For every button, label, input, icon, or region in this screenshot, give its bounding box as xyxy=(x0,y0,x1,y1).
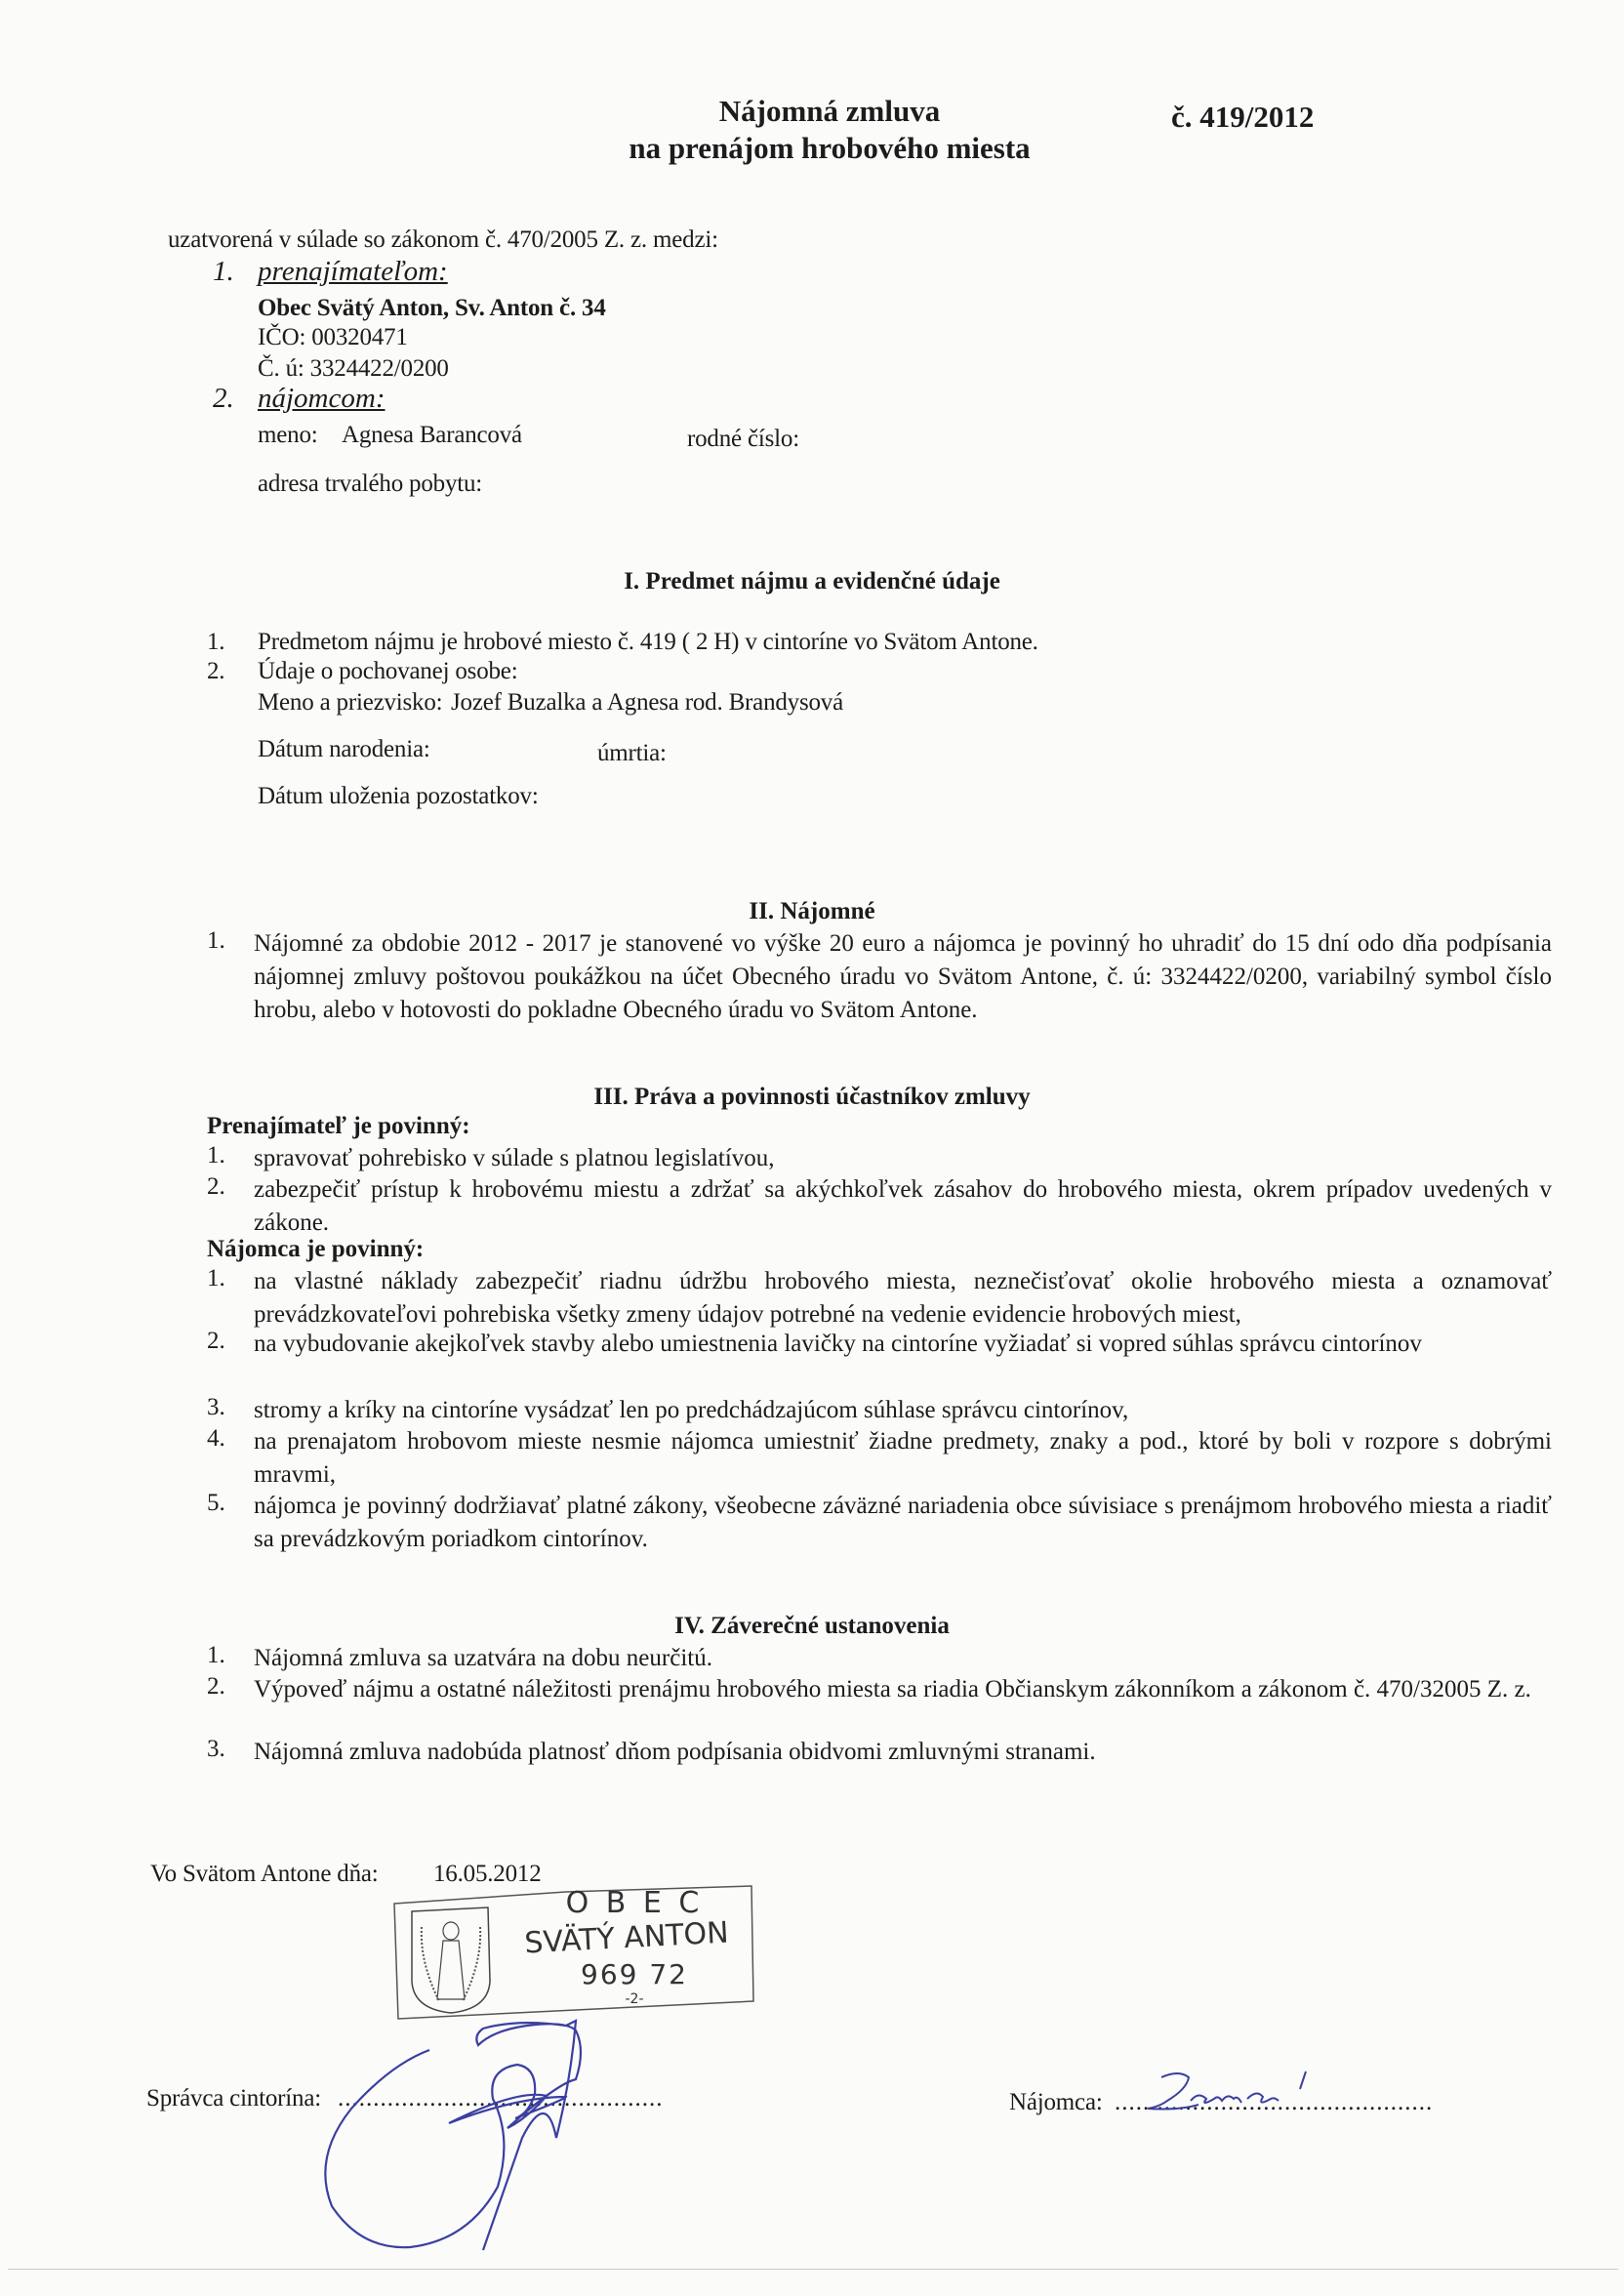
item-text: na vybudovanie akejkoľvek stavby alebo u… xyxy=(254,1328,1552,1361)
landlord-duties-heading: Prenajímateľ je povinný: xyxy=(207,1113,470,1140)
tenant-duties-heading: Nájomca je povinný: xyxy=(207,1236,424,1263)
item-number: 1. xyxy=(207,1265,225,1292)
buried-name: Jozef Buzalka a Agnesa rod. Brandysová xyxy=(451,689,843,717)
section-1-item-2: Údaje o pochovanej osobe: xyxy=(258,658,517,685)
item-number: 2. xyxy=(207,1328,225,1355)
section-4-heading: IV. Záverečné ustanovenia xyxy=(422,1613,1202,1640)
signing-place-label: Vo Svätom Antone dňa: xyxy=(150,1861,379,1888)
section-1-item-1: Predmetom nájmu je hrobové miesto č. 419… xyxy=(258,629,1038,656)
burial-date-label: Dátum uloženia pozostatkov: xyxy=(258,783,539,810)
landlord-number: 1. xyxy=(213,256,234,288)
landlord-label: prenajímateľom: xyxy=(258,256,448,288)
intro-text: uzatvorená v súlade so zákonom č. 470/20… xyxy=(168,226,718,254)
item-number: 1. xyxy=(207,927,225,955)
landlord-ico: IČO: 00320471 xyxy=(258,324,408,351)
item-text: Nájomná zmluva sa uzatvára na dobu neurč… xyxy=(254,1642,1552,1675)
document-title: Nájomná zmluva xyxy=(586,94,1074,129)
item-number: 2. xyxy=(207,1673,225,1701)
stamp-line-1: O B E C xyxy=(537,1886,732,1920)
birth-number-label: rodné číslo: xyxy=(687,426,799,453)
manager-signature-icon xyxy=(273,1991,761,2284)
section-1-heading: I. Predmet nájmu a evidenčné údaje xyxy=(422,568,1202,595)
tenant-signature-icon xyxy=(1140,2068,1335,2126)
section-1-item-1-num: 1. xyxy=(207,629,224,656)
stamp-line-3: 969 72 xyxy=(537,1958,732,1990)
buried-name-label: Meno a priezvisko: xyxy=(258,689,442,717)
section-1-item-2-num: 2. xyxy=(207,658,224,685)
item-text: Nájomné za obdobie 2012 - 2017 je stanov… xyxy=(254,927,1552,1027)
item-text: nájomca je povinný dodržiavať platné zák… xyxy=(254,1490,1552,1556)
item-number: 3. xyxy=(207,1736,225,1763)
page-bottom-edge xyxy=(8,2269,1618,2270)
tenant-label: nájomcom: xyxy=(258,383,385,415)
item-number: 5. xyxy=(207,1490,225,1517)
contract-number: č. 419/2012 xyxy=(1171,100,1314,135)
tenant-name: Agnesa Barancová xyxy=(342,422,522,449)
item-text: na vlastné náklady zabezpečiť riadnu údr… xyxy=(254,1265,1552,1332)
item-text: Výpoveď nájmu a ostatné náležitosti pren… xyxy=(254,1673,1552,1706)
birth-date-label: Dátum narodenia: xyxy=(258,736,430,763)
tenant-signature-label: Nájomca: xyxy=(1009,2089,1103,2116)
item-number: 2. xyxy=(207,1173,225,1201)
item-number: 1. xyxy=(207,1142,225,1169)
item-text: zabezpečiť prístup k hrobovému miestu a … xyxy=(254,1173,1552,1240)
item-text: Nájomná zmluva nadobúda platnosť dňom po… xyxy=(254,1736,1552,1769)
tenant-name-label: meno: xyxy=(258,422,318,449)
item-text: spravovať pohrebisko v súlade s platnou … xyxy=(254,1142,1552,1175)
item-number: 1. xyxy=(207,1642,225,1669)
landlord-name: Obec Svätý Anton, Sv. Anton č. 34 xyxy=(258,295,606,322)
item-number: 4. xyxy=(207,1425,225,1453)
item-text: na prenajatom hrobovom mieste nesmie náj… xyxy=(254,1425,1552,1492)
death-label: úmrtia: xyxy=(597,740,667,767)
item-number: 3. xyxy=(207,1394,225,1421)
landlord-account: Č. ú: 3324422/0200 xyxy=(258,355,449,383)
section-3-heading: III. Práva a povinnosti účastníkov zmluv… xyxy=(422,1084,1202,1111)
address-label: adresa trvalého pobytu: xyxy=(258,471,482,498)
item-text: stromy a kríky na cintoríne vysádzať len… xyxy=(254,1394,1552,1427)
section-2-heading: II. Nájomné xyxy=(422,898,1202,925)
document-subtitle: na prenájom hrobového miesta xyxy=(586,131,1074,166)
tenant-number: 2. xyxy=(213,383,234,415)
